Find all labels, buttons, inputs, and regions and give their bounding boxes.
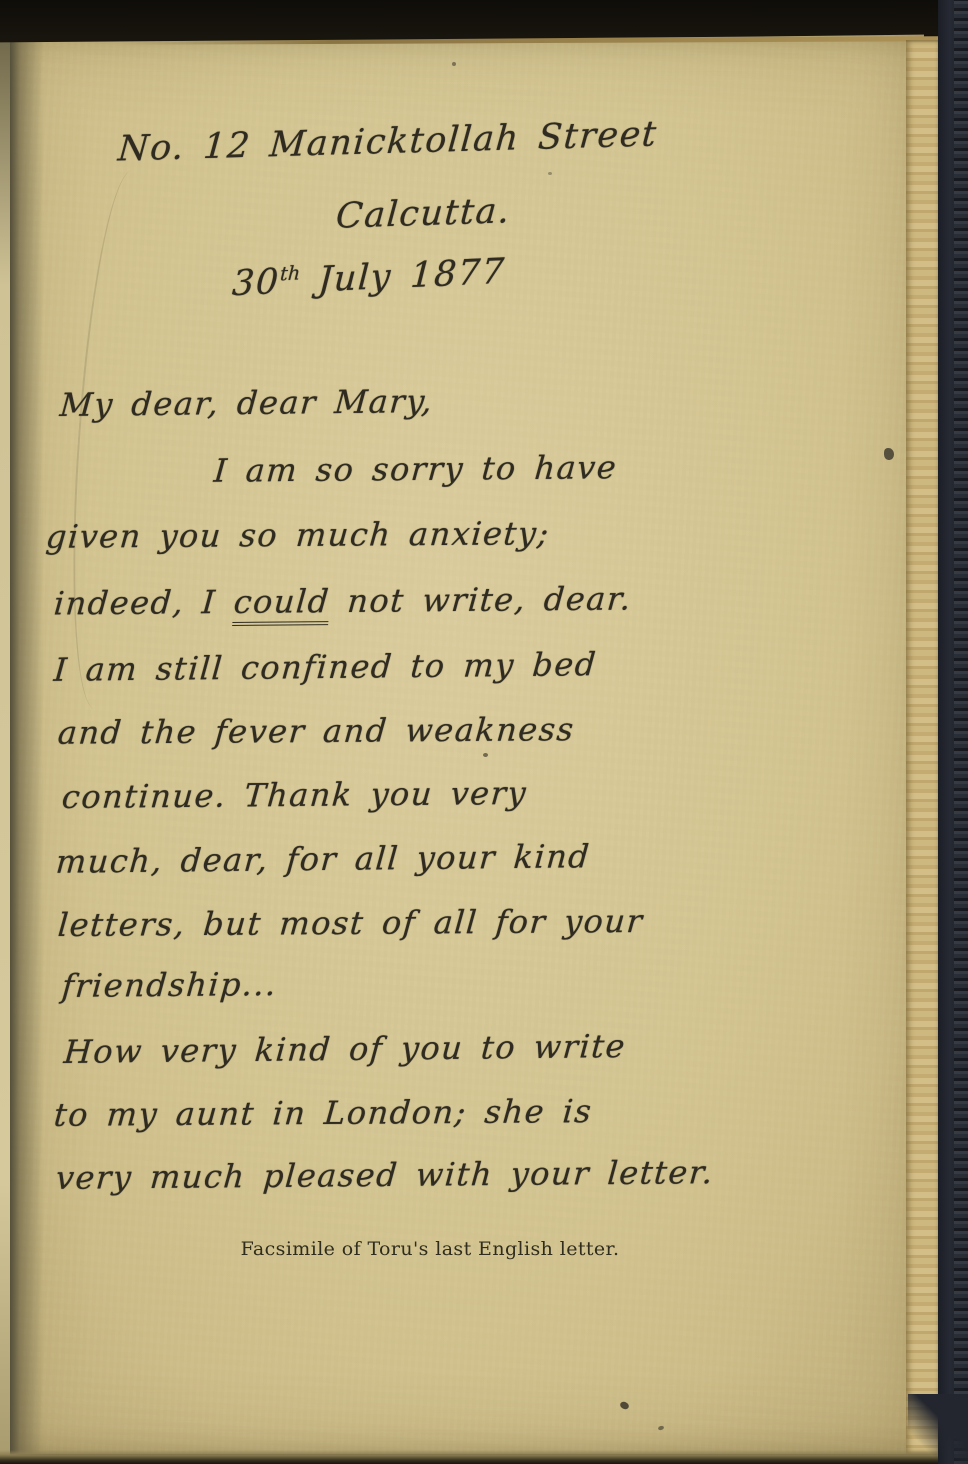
- date-ordinal: th: [279, 261, 300, 285]
- letter-line: How very kind of you to write: [63, 1027, 628, 1071]
- book-bottom-edge: [0, 1450, 968, 1464]
- letter-line-with-underline: indeed, I could not write, dear.: [53, 579, 634, 622]
- date-day: 30: [231, 262, 281, 304]
- deckle-fore-edge: [906, 40, 942, 1454]
- letter-line: much, dear, for all your kind: [55, 837, 592, 881]
- letter-line: continue. Thank you very: [61, 774, 529, 816]
- letter-date-line: 30th July 1877: [231, 252, 507, 305]
- letter-line: I am so sorry to have: [213, 448, 619, 490]
- date-rest: July 1877: [299, 252, 507, 301]
- book-bottom-corner: [908, 1394, 968, 1464]
- book-cover-right: [938, 0, 968, 1464]
- underline-line-after: not write, dear.: [328, 579, 633, 620]
- letter-line: very much pleased with your letter.: [55, 1153, 716, 1197]
- printed-caption: Facsimile of Toru's last English letter.: [0, 1238, 860, 1260]
- underline-line-before: indeed, I: [53, 583, 236, 623]
- book-page-scan: No. 12 Manicktollah Street Calcutta. 30t…: [0, 0, 968, 1464]
- letter-line: and the fever and weakness: [56, 710, 576, 752]
- letter-salutation: My dear, dear Mary,: [59, 382, 435, 424]
- letter-line: friendship...: [61, 965, 279, 1005]
- letter-line: given you so much anxiety;: [44, 514, 551, 556]
- letter-line: I am still confined to my bed: [53, 645, 599, 689]
- cover-cloth-texture: [954, 0, 968, 1464]
- letter-line: to my aunt in London; she is: [52, 1092, 594, 1134]
- letter-line: letters, but most of all for your: [56, 902, 644, 944]
- underlined-word: could: [232, 582, 331, 626]
- letter-address-line: No. 12 Manicktollah Street: [117, 114, 659, 169]
- letter-city-line: Calcutta.: [335, 191, 512, 237]
